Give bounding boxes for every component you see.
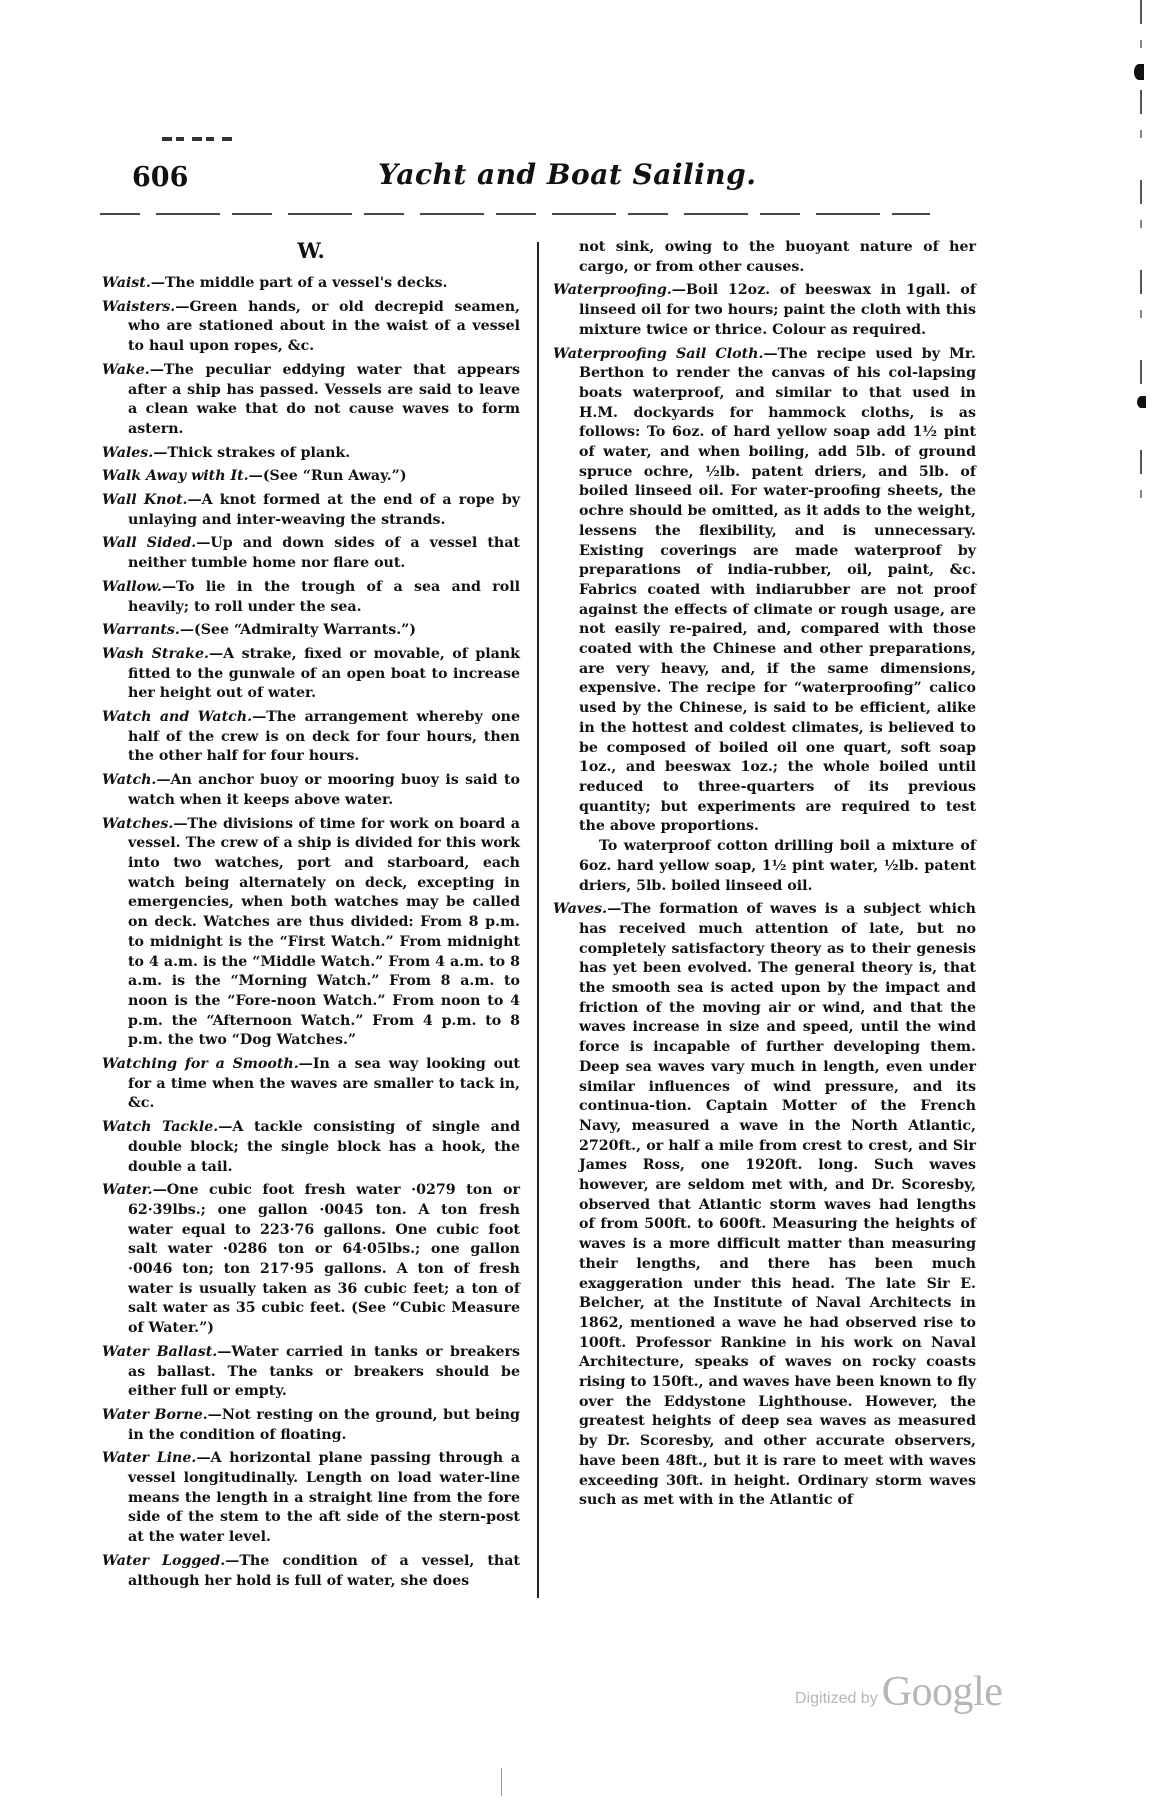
right-column: not sink, owing to the buoyant nature of… bbox=[553, 238, 976, 1515]
glossary-entry: Watch and Watch.—The arrangement whereby… bbox=[102, 708, 520, 767]
entry-definition: —The recipe used by Mr. Berthon to rende… bbox=[579, 346, 976, 835]
google-logo-text: Google bbox=[882, 1669, 1003, 1715]
entry-continuation: not sink, owing to the buoyant nature of… bbox=[553, 238, 976, 277]
running-head: 606 Yacht and Boat Sailing. bbox=[0, 158, 1153, 198]
glossary-entry: Watches.—The divisions of time for work … bbox=[102, 815, 520, 1051]
glossary-entry: Waterproofing Sail Cloth.—The recipe use… bbox=[553, 345, 976, 838]
entry-term: Wall Sided. bbox=[102, 535, 196, 551]
entry-term: Wall Knot. bbox=[102, 492, 187, 508]
entry-term: Walk Away with It. bbox=[102, 468, 249, 484]
entry-definition: —(See “Admiralty Warrants.”) bbox=[180, 622, 416, 638]
entry-definition: —One cubic foot fresh water ·0279 ton or… bbox=[128, 1182, 520, 1336]
glossary-entry: Waterproofing.—Boil 12oz. of beeswax in … bbox=[553, 281, 976, 340]
entry-term: Wallow. bbox=[102, 579, 162, 595]
entry-term: Watch and Watch. bbox=[102, 709, 252, 725]
entry-term: Watch Tackle. bbox=[102, 1119, 218, 1135]
entry-term: Water Line. bbox=[102, 1450, 196, 1466]
entry-term: Wake. bbox=[102, 362, 150, 378]
entry-definition: —The divisions of time for work on board… bbox=[128, 816, 520, 1049]
glossary-entry: Watch.—An anchor buoy or mooring buoy is… bbox=[102, 771, 520, 810]
entry-definition: —An anchor buoy or mooring buoy is said … bbox=[128, 772, 520, 808]
glossary-entry: Wales.—Thick strakes of plank. bbox=[102, 444, 520, 464]
glossary-entry: Walk Away with It.—(See “Run Away.”) bbox=[102, 467, 520, 487]
glossary-entry: Wallow.—To lie in the trough of a sea an… bbox=[102, 578, 520, 617]
glossary-entry: Water.—One cubic foot fresh water ·0279 … bbox=[102, 1181, 520, 1339]
entry-definition: —A knot formed at the end of a rope by u… bbox=[128, 492, 520, 528]
book-title: Yacht and Boat Sailing. bbox=[378, 158, 757, 191]
glossary-entry: Water Logged.—The condition of a vessel,… bbox=[102, 1552, 520, 1591]
glossary-entry: Wash Strake.—A strake, fixed or movable,… bbox=[102, 645, 520, 704]
glossary-entry: Watching for a Smooth.—In a sea way look… bbox=[102, 1055, 520, 1114]
entry-term: Watches. bbox=[102, 816, 173, 832]
glossary-entry: Wall Knot.—A knot formed at the end of a… bbox=[102, 491, 520, 530]
left-column: W. Waist.—The middle part of a vessel's … bbox=[102, 238, 520, 1595]
glossary-entry: Watch Tackle.—A tackle consisting of sin… bbox=[102, 1118, 520, 1177]
entry-term: Water Borne. bbox=[102, 1407, 208, 1423]
entry-term: Water Ballast. bbox=[102, 1344, 217, 1360]
entry-definition: —The peculiar eddying water that appears… bbox=[128, 362, 520, 437]
entry-term: Watching for a Smooth. bbox=[102, 1056, 299, 1072]
glossary-entry: Warrants.—(See “Admiralty Warrants.”) bbox=[102, 621, 520, 641]
glossary-entry: Wall Sided.—Up and down sides of a vesse… bbox=[102, 534, 520, 573]
digitized-by-watermark: Digitized by Google bbox=[795, 1668, 1002, 1716]
entry-definition: —To lie in the trough of a sea and roll … bbox=[128, 579, 520, 615]
glossary-entry: Water Line.—A horizontal plane passing t… bbox=[102, 1449, 520, 1548]
entry-term: Warrants. bbox=[102, 622, 180, 638]
column-divider bbox=[537, 242, 539, 1598]
glossary-entry: Waisters.—Green hands, or old decrepid s… bbox=[102, 298, 520, 357]
glossary-entry: Water Ballast.—Water carried in tanks or… bbox=[102, 1343, 520, 1402]
entry-term: Watch. bbox=[102, 772, 156, 788]
scan-artifact bbox=[162, 137, 232, 141]
glossary-entry: Waist.—The middle part of a vessel's dec… bbox=[102, 274, 520, 294]
entry-term: Waisters. bbox=[102, 299, 175, 315]
scan-artifact bbox=[501, 1768, 502, 1796]
header-rule bbox=[100, 213, 930, 215]
entry-term: Waterproofing. bbox=[553, 282, 672, 298]
entry-definition: —(See “Run Away.”) bbox=[249, 468, 407, 484]
entry-term: Water. bbox=[102, 1182, 153, 1198]
entry-term: Waves. bbox=[553, 901, 607, 917]
scanned-book-page: 606 Yacht and Boat Sailing. W. Waist.—Th… bbox=[0, 0, 1153, 1800]
entry-term: Water Logged. bbox=[102, 1553, 225, 1569]
entry-definition: —Thick strakes of plank. bbox=[153, 445, 350, 461]
entry-definition: —The formation of waves is a subject whi… bbox=[579, 901, 976, 1508]
glossary-entry: Waves.—The formation of waves is a subje… bbox=[553, 900, 976, 1511]
glossary-entry: Wake.—The peculiar eddying water that ap… bbox=[102, 361, 520, 440]
entry-term: Wash Strake. bbox=[102, 646, 209, 662]
scan-edge-blot bbox=[1137, 396, 1146, 408]
page-number: 606 bbox=[132, 162, 188, 193]
entry-term: Waist. bbox=[102, 275, 151, 291]
entry-paragraph: To waterproof cotton drilling boil a mix… bbox=[553, 837, 976, 896]
scan-edge-blot bbox=[1134, 64, 1144, 80]
entry-definition: —Green hands, or old decrepid seamen, wh… bbox=[128, 299, 520, 354]
section-letter: W. bbox=[102, 238, 520, 264]
glossary-entry: Water Borne.—Not resting on the ground, … bbox=[102, 1406, 520, 1445]
entry-definition: —The middle part of a vessel's decks. bbox=[151, 275, 448, 291]
entry-term: Wales. bbox=[102, 445, 153, 461]
watermark-prefix: Digitized by bbox=[795, 1690, 878, 1707]
entry-term: Waterproofing Sail Cloth. bbox=[553, 346, 763, 362]
